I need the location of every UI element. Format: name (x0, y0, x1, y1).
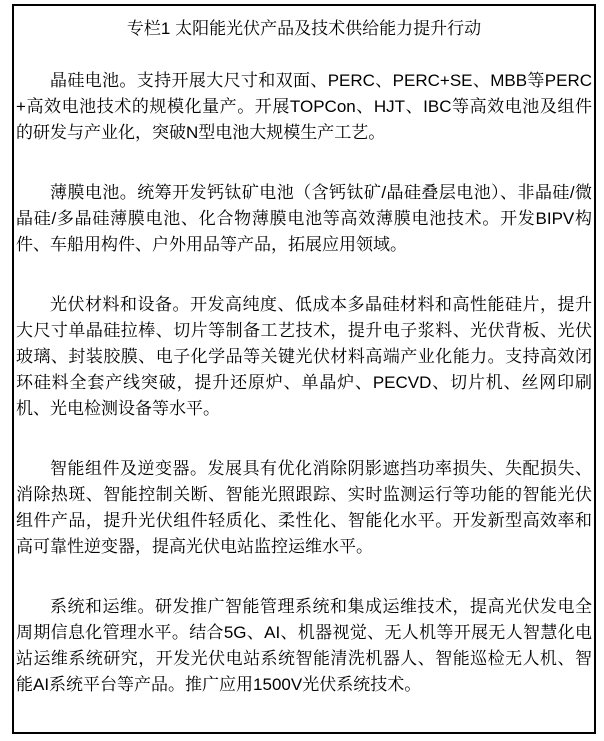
paragraph-systems-and-operations: 系统和运维。研发推广智能管理系统和集成运维技术，提高光伏发电全周期信息化管理水平… (16, 594, 592, 698)
box-title: 专栏1 太阳能光伏产品及技术供给能力提升行动 (16, 16, 592, 42)
paragraph-pv-materials-and-equipment: 光伏材料和设备。开发高纯度、低成本多晶硅材料和高性能硅片，提升大尺寸单晶硅拉棒、… (16, 292, 592, 422)
paragraph-thin-film-cells: 薄膜电池。统筹开发钙钛矿电池（含钙钛矿/晶硅叠层电池）、非晶硅/微晶硅/多晶硅薄… (16, 180, 592, 258)
callout-box: 专栏1 太阳能光伏产品及技术供给能力提升行动 晶硅电池。支持开展大尺寸和双面、P… (12, 4, 596, 734)
paragraph-crystalline-silicon-cells: 晶硅电池。支持开展大尺寸和双面、PERC、PERC+SE、MBB等PERC+高效… (16, 68, 592, 146)
paragraph-smart-modules-and-inverters: 智能组件及逆变器。发展具有优化消除阴影遮挡功率损失、失配损失、消除热斑、智能控制… (16, 456, 592, 560)
